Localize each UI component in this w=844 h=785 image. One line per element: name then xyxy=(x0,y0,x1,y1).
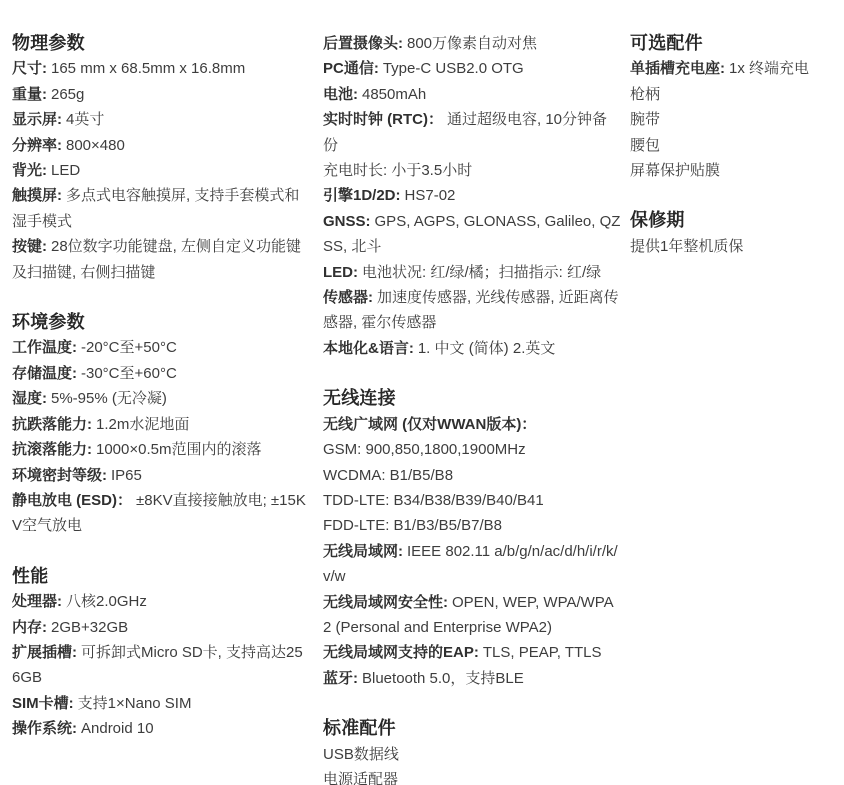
section-heading: 环境参数 xyxy=(12,310,310,335)
spec-item: 引擎1D/2D:HS7-02 xyxy=(323,183,621,208)
spec-label: PC通信: xyxy=(323,60,379,77)
spec-item: GNSS:GPS, AGPS, GLONASS, Galileo, QZSS, … xyxy=(323,209,621,260)
spec-value: 八核2.0GHz xyxy=(66,593,147,610)
spec-label: 本地化&语言: xyxy=(323,340,414,357)
spec-value: 枪柄 xyxy=(630,86,660,103)
spec-item: 工作温度:-20°C至+50°C xyxy=(12,335,310,360)
spec-column-1: 物理参数尺寸:165 mm x 68.5mm x 16.8mm重量:265g显示… xyxy=(12,31,323,785)
section-environment-parameters: 环境参数工作温度:-20°C至+50°C存储温度:-30°C至+60°C湿度:5… xyxy=(12,310,310,539)
spec-value: 提供1年整机质保 xyxy=(630,238,743,255)
spec-value: Android 10 xyxy=(81,720,154,737)
spec-item: 无线局域网:IEEE 802.11 a/b/g/n/ac/d/h/i/r/k/v… xyxy=(323,539,621,590)
spec-value: FDD-LTE: B1/B3/B5/B7/B8 xyxy=(323,517,502,534)
spec-value: 电池状况: 红/绿/橘；扫描指示: 红/绿 xyxy=(362,264,601,281)
spec-item: 腕带 xyxy=(630,107,835,132)
spec-label: 按键: xyxy=(12,238,47,255)
spec-item: 存储温度:-30°C至+60°C xyxy=(12,361,310,386)
spec-item: 抗滚落能力:1000×0.5m范围内的滚落 xyxy=(12,437,310,462)
spec-item: FDD-LTE: B1/B3/B5/B7/B8 xyxy=(323,513,621,538)
section-physical-parameters: 物理参数尺寸:165 mm x 68.5mm x 16.8mm重量:265g显示… xyxy=(12,31,310,285)
spec-label: 存储温度: xyxy=(12,365,77,382)
spec-value: TDD-LTE: B34/B38/B39/B40/B41 xyxy=(323,492,544,509)
spec-item: 提供1年整机质保 xyxy=(630,234,835,259)
spec-item: 蓝牙:Bluetooth 5.0，支持BLE xyxy=(323,666,621,691)
spec-value: IP65 xyxy=(111,467,142,484)
spec-value: 2GB+32GB xyxy=(51,619,128,636)
spec-value: -20°C至+50°C xyxy=(81,339,177,356)
spec-item: 无线局域网支持的EAP:TLS, PEAP, TTLS xyxy=(323,640,621,665)
section-heading: 无线连接 xyxy=(323,386,621,411)
spec-label: 实时时钟 (RTC)： xyxy=(323,111,443,128)
spec-label: 抗滚落能力: xyxy=(12,441,92,458)
spec-item: 电池:4850mAh xyxy=(323,82,621,107)
spec-value: 265g xyxy=(51,86,84,103)
section-standard-accessories: 标准配件USB数据线电源适配器 xyxy=(323,716,621,785)
spec-value: 充电时长: 小于3.5小时 xyxy=(323,162,472,179)
spec-item: 后置摄像头:800万像素自动对焦 xyxy=(323,31,621,56)
section-warranty: 保修期提供1年整机质保 xyxy=(630,208,835,259)
spec-label: 抗跌落能力: xyxy=(12,416,92,433)
spec-value: 电源适配器 xyxy=(323,771,398,785)
spec-item: 电源适配器 xyxy=(323,767,621,785)
spec-label: SIM卡槽: xyxy=(12,695,74,712)
spec-item: 腰包 xyxy=(630,133,835,158)
spec-item: 实时时钟 (RTC)：通过超级电容, 10分钟备份 xyxy=(323,107,621,158)
spec-value: 28位数字功能键盘, 左侧自定义功能键及扫描键, 右侧扫描键 xyxy=(12,238,301,280)
spec-value: USB数据线 xyxy=(323,746,399,763)
spec-value: 腰包 xyxy=(630,137,660,154)
spec-item: 环境密封等级:IP65 xyxy=(12,463,310,488)
spec-value: LED xyxy=(51,162,80,179)
spec-label: 无线局域网安全性: xyxy=(323,594,448,611)
spec-label: 传感器: xyxy=(323,289,373,306)
spec-item: 内存:2GB+32GB xyxy=(12,615,310,640)
spec-item: WCDMA: B1/B5/B8 xyxy=(323,463,621,488)
spec-value: 腕带 xyxy=(630,111,660,128)
spec-label: 湿度: xyxy=(12,390,47,407)
spec-value: 165 mm x 68.5mm x 16.8mm xyxy=(51,60,245,77)
spec-value: 1x 终端充电 xyxy=(729,60,809,77)
spec-value: WCDMA: B1/B5/B8 xyxy=(323,467,453,484)
spec-value: 屏幕保护贴膜 xyxy=(630,162,720,179)
spec-item: 按键:28位数字功能键盘, 左侧自定义功能键及扫描键, 右侧扫描键 xyxy=(12,234,310,285)
spec-item: 尺寸:165 mm x 68.5mm x 16.8mm xyxy=(12,56,310,81)
spec-label: 蓝牙: xyxy=(323,670,358,687)
spec-value: 1000×0.5m范围内的滚落 xyxy=(96,441,261,458)
spec-value: TLS, PEAP, TTLS xyxy=(483,644,602,661)
spec-item: 无线局域网安全性:OPEN, WEP, WPA/WPA2 (Personal a… xyxy=(323,590,621,641)
spec-label: 单插槽充电座: xyxy=(630,60,725,77)
spec-item: 屏幕保护贴膜 xyxy=(630,158,835,183)
section-heading: 物理参数 xyxy=(12,31,310,56)
spec-item: 背光:LED xyxy=(12,158,310,183)
spec-label: LED: xyxy=(323,264,358,281)
spec-label: 触摸屏: xyxy=(12,187,62,204)
spec-label: 静电放电 (ESD)： xyxy=(12,492,132,509)
spec-value: 1.2m水泥地面 xyxy=(96,416,189,433)
spec-label: 处理器: xyxy=(12,593,62,610)
spec-item: 扩展插槽:可拆卸式Micro SD卡, 支持高达256GB xyxy=(12,640,310,691)
spec-value: Type-C USB2.0 OTG xyxy=(383,60,524,77)
spec-item: USB数据线 xyxy=(323,742,621,767)
spec-item: 传感器:加速度传感器, 光线传感器, 近距离传感器, 霍尔传感器 xyxy=(323,285,621,336)
spec-label: 显示屏: xyxy=(12,111,62,128)
spec-label: 后置摄像头: xyxy=(323,35,403,52)
spec-label: 无线广域网 (仅对WWAN版本)： xyxy=(323,416,536,433)
spec-value: Bluetooth 5.0，支持BLE xyxy=(362,670,524,687)
spec-value: 4英寸 xyxy=(66,111,104,128)
spec-label: 无线局域网支持的EAP: xyxy=(323,644,479,661)
spec-item: 操作系统:Android 10 xyxy=(12,716,310,741)
spec-item: 枪柄 xyxy=(630,82,835,107)
spec-item: 静电放电 (ESD)：±8KV直接接触放电; ±15KV空气放电 xyxy=(12,488,310,539)
spec-label: 扩展插槽: xyxy=(12,644,77,661)
spec-item: LED:电池状况: 红/绿/橘；扫描指示: 红/绿 xyxy=(323,260,621,285)
spec-value: HS7-02 xyxy=(405,187,456,204)
spec-item: 重量:265g xyxy=(12,82,310,107)
section-heading: 可选配件 xyxy=(630,31,835,56)
section-performance: 性能处理器:八核2.0GHz内存:2GB+32GB扩展插槽:可拆卸式Micro … xyxy=(12,564,310,742)
spec-item: PC通信:Type-C USB2.0 OTG xyxy=(323,56,621,81)
spec-value: 800万像素自动对焦 xyxy=(407,35,537,52)
spec-item: SIM卡槽:支持1×Nano SIM xyxy=(12,691,310,716)
spec-item: 充电时长: 小于3.5小时 xyxy=(323,158,621,183)
spec-item: 无线广域网 (仅对WWAN版本)： xyxy=(323,412,621,437)
section-optional-accessories: 可选配件单插槽充电座:1x 终端充电枪柄腕带腰包屏幕保护贴膜 xyxy=(630,31,835,183)
spec-item: 本地化&语言:1. 中文 (简体) 2.英文 xyxy=(323,336,621,361)
spec-label: 工作温度: xyxy=(12,339,77,356)
spec-item: GSM: 900,850,1800,1900MHz xyxy=(323,437,621,462)
spec-label: 操作系统: xyxy=(12,720,77,737)
spec-label: 引擎1D/2D: xyxy=(323,187,401,204)
spec-item: 单插槽充电座:1x 终端充电 xyxy=(630,56,835,81)
spec-value: 5%-95% (无冷凝) xyxy=(51,390,167,407)
spec-label: 无线局域网: xyxy=(323,543,403,560)
spec-label: 内存: xyxy=(12,619,47,636)
spec-item: 抗跌落能力:1.2m水泥地面 xyxy=(12,412,310,437)
spec-item: TDD-LTE: B34/B38/B39/B40/B41 xyxy=(323,488,621,513)
spec-value: GSM: 900,850,1800,1900MHz xyxy=(323,441,526,458)
spec-item: 显示屏:4英寸 xyxy=(12,107,310,132)
spec-value: 支持1×Nano SIM xyxy=(78,695,192,712)
spec-label: 背光: xyxy=(12,162,47,179)
section-heading: 性能 xyxy=(12,564,310,589)
section-heading: 保修期 xyxy=(630,208,835,233)
spec-value: 4850mAh xyxy=(362,86,426,103)
spec-item: 触摸屏:多点式电容触摸屏, 支持手套模式和湿手模式 xyxy=(12,183,310,234)
spec-value: 800×480 xyxy=(66,137,125,154)
spec-item: 分辨率:800×480 xyxy=(12,133,310,158)
spec-sheet: 物理参数尺寸:165 mm x 68.5mm x 16.8mm重量:265g显示… xyxy=(0,0,844,785)
spec-column-2: 后置摄像头:800万像素自动对焦PC通信:Type-C USB2.0 OTG电池… xyxy=(323,31,630,785)
section-device-features: 后置摄像头:800万像素自动对焦PC通信:Type-C USB2.0 OTG电池… xyxy=(323,31,621,361)
spec-column-3: 可选配件单插槽充电座:1x 终端充电枪柄腕带腰包屏幕保护贴膜保修期提供1年整机质… xyxy=(630,31,843,785)
spec-item: 处理器:八核2.0GHz xyxy=(12,589,310,614)
spec-value: -30°C至+60°C xyxy=(81,365,177,382)
spec-label: 环境密封等级: xyxy=(12,467,107,484)
spec-item: 湿度:5%-95% (无冷凝) xyxy=(12,386,310,411)
spec-label: 尺寸: xyxy=(12,60,47,77)
spec-label: 分辨率: xyxy=(12,137,62,154)
spec-label: 电池: xyxy=(323,86,358,103)
section-heading: 标准配件 xyxy=(323,716,621,741)
spec-label: GNSS: xyxy=(323,213,371,230)
spec-label: 重量: xyxy=(12,86,47,103)
section-wireless-connectivity: 无线连接无线广域网 (仅对WWAN版本)：GSM: 900,850,1800,1… xyxy=(323,386,621,691)
spec-value: 1. 中文 (简体) 2.英文 xyxy=(418,340,556,357)
